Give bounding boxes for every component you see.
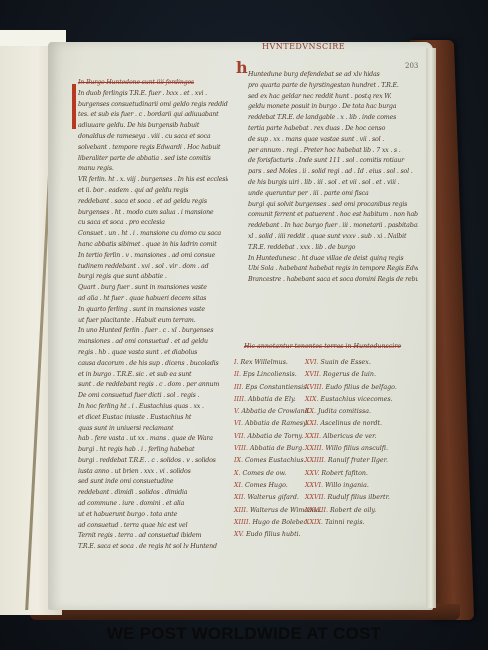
left-text-column: In Burgo Huntedone sunt iiii ferdinges I… bbox=[78, 78, 228, 553]
landholder-name: Ranulf frater Ilger. bbox=[328, 457, 388, 464]
manuscript-line: In quarto ferling . sunt in mansiones va… bbox=[78, 305, 228, 316]
manuscript-line: quas sunt in uniuersi reclamant bbox=[78, 424, 228, 435]
landholder-name: Abbatia de Crowland. bbox=[241, 408, 310, 415]
manuscript-line: liberaliter parte de abbatia . sed iste … bbox=[78, 154, 228, 165]
right-text-column: Huntedune burg defendebat se ad xlv hida… bbox=[238, 70, 418, 286]
manuscript-line: regis . hb . quae vasta sunt . et diabol… bbox=[78, 348, 228, 359]
manuscript-line: tertia parte habebat . rex duas . De hoc… bbox=[248, 124, 418, 135]
manuscript-line: burgi . reddebat T.R.E. . c . solidos . … bbox=[78, 456, 228, 467]
manuscript-line: sunt . de reddebant regis . c . dom . pe… bbox=[78, 380, 228, 391]
landholder-number: XXII. bbox=[305, 433, 321, 440]
manuscript-line: causa dacorum . de his sup . dicens . bu… bbox=[78, 359, 228, 370]
manuscript-line: de his burgis uiri . lib . iii . sol . e… bbox=[248, 178, 418, 189]
manuscript-line: de forisfacturis . Inde sunt 111 . sol .… bbox=[248, 156, 418, 167]
manuscript-line: hab . fere vasta . ut xx . mans . quae d… bbox=[78, 434, 228, 445]
page-fore-edge bbox=[426, 48, 436, 608]
landholder-number: XVI. bbox=[305, 359, 319, 366]
landholder-item: XXIX.Tainni regis. bbox=[305, 517, 425, 529]
landholder-number: XXIIII. bbox=[305, 457, 326, 464]
landholder-number: XVII. bbox=[305, 371, 321, 378]
landholder-number: XXV. bbox=[305, 470, 319, 477]
rubric-initial-bar bbox=[72, 84, 76, 129]
landholder-number: XII. bbox=[234, 494, 245, 501]
landholder-name: Comes Eustachius. bbox=[245, 457, 306, 464]
landholder-number: XIII. bbox=[234, 507, 248, 514]
landholder-number: XXVII. bbox=[305, 494, 326, 501]
landholder-number: VI. bbox=[234, 420, 243, 427]
manuscript-line: et dicet Eustac iniuste . Eustachius ht bbox=[78, 413, 228, 424]
manuscript-line: ad commune . iure . domini . et alia bbox=[78, 499, 228, 510]
page-heading: HVNTEDVNSCIRE bbox=[262, 42, 345, 51]
manuscript-line: mansiones . ad omi consuetud . et ad gel… bbox=[78, 337, 228, 348]
manuscript-line: Consuet . un . ht . i . mansione cu domo… bbox=[78, 229, 228, 240]
landholder-number: VII. bbox=[234, 433, 246, 440]
manuscript-line: ad consuetud . terra quae hic est vel bbox=[78, 521, 228, 532]
manuscript-line: ad alia . ht fuer . quae habueri decem s… bbox=[78, 294, 228, 305]
manuscript-line: adiuuare geldu. De his burgensib habuit bbox=[78, 121, 228, 132]
manuscript-line: burgi . ht regis hab . i . ferling habeb… bbox=[78, 445, 228, 456]
landholder-number: IIII. bbox=[234, 396, 246, 403]
manuscript-line: solvebant . tempore regis Edwardi . Hoc … bbox=[78, 143, 228, 154]
landholder-item: XVI.Suain de Essex. bbox=[305, 357, 425, 369]
manuscript-line: burgi qui solvit burgenses . sed omi pro… bbox=[248, 200, 418, 211]
manuscript-line: burgenses . ht . modo cum salua . i mans… bbox=[78, 208, 228, 219]
landholder-item: XXVI.Willo ingania. bbox=[305, 480, 425, 492]
landholder-item: XXIII.Willo filius ansculfi. bbox=[305, 443, 425, 455]
manuscript-line: sed ex hac geldar nec reddit hunt . post… bbox=[248, 92, 418, 103]
landholder-name: Eustachius vicecomes. bbox=[320, 396, 392, 403]
manuscript-line: hanc abbatis sibimet . quae in his ladri… bbox=[78, 240, 228, 251]
landholder-name: Rudulf filius ilbertr. bbox=[328, 494, 390, 501]
manuscript-line: pars . sed Moles . ii . solid regi . ad … bbox=[248, 167, 418, 178]
manuscript-line: de sup . xx . mans quae vastae sunt . vi… bbox=[248, 135, 418, 146]
landholder-item: XXVII.Rudulf filius ilbertr. bbox=[305, 492, 425, 504]
manuscript-line: xl . solid . iiii reddit . quae sunt vxx… bbox=[248, 232, 418, 243]
manuscript-line: tes. et sub eis fuer . c . bordarii qui … bbox=[78, 110, 228, 121]
landholder-name: Abbatia de Burg. bbox=[250, 445, 304, 452]
landholder-name: Comes de ow. bbox=[243, 470, 287, 477]
right-column-lines: Huntedune burg defendebat se ad xlv hida… bbox=[238, 70, 418, 286]
landholder-name: Willo ingania. bbox=[325, 482, 369, 489]
landholder-number: III. bbox=[234, 384, 243, 391]
landholder-number: XV. bbox=[234, 531, 244, 538]
manuscript-line: donaldus de rameseya . viii . cu saca et… bbox=[78, 132, 228, 143]
manuscript-line: VR ferlin. ht . x. viij . burgenses . In… bbox=[78, 175, 228, 186]
manuscript-line: reddebant . saca et soca . et ad geldu r… bbox=[78, 197, 228, 208]
landholder-number: X. bbox=[234, 470, 241, 477]
manuscript-line: Ternit regis . terra . ad consuetud ibid… bbox=[78, 531, 228, 542]
manuscript-line: ut et habuerunt burgo . tota ante bbox=[78, 510, 228, 521]
landholder-name: Judita comitissa. bbox=[318, 408, 371, 415]
landholder-name: Robert de oily. bbox=[330, 507, 376, 514]
landholder-name: Rex Willelmus. bbox=[241, 359, 288, 366]
landholder-number: XXIII. bbox=[305, 445, 323, 452]
manuscript-line: unde queruntur per . iii . parte omi fis… bbox=[248, 189, 418, 200]
manuscript-line: In hoc ferling ht . i . Eustachius quas … bbox=[78, 402, 228, 413]
landholder-name: Eps Constantiensis. bbox=[245, 384, 308, 391]
manuscript-line: In duob ferlingis T.R.E. fuer . lxxx . e… bbox=[78, 89, 228, 100]
left-column-lines: In duob ferlingis T.R.E. fuer . lxxx . e… bbox=[78, 89, 228, 553]
manuscript-line: comunit ferrent et patuerent . hoc est h… bbox=[248, 210, 418, 221]
landholder-item: XV.Eudo filius hubti. bbox=[234, 529, 334, 541]
landholder-item: XXII.Albericus de ver. bbox=[305, 431, 425, 443]
landholder-name: Abbatia de Torny. bbox=[248, 433, 304, 440]
manuscript-line: reddebant . dimidi . solidos . dimidia bbox=[78, 488, 228, 499]
landholder-number: XXIX. bbox=[305, 519, 323, 526]
landholder-name: Eudo filius de belfago. bbox=[326, 384, 397, 391]
manuscript-line: T.R.E. reddebat . xxx . lib . de burgo bbox=[248, 243, 418, 254]
manuscript-line: Quart . burg fuer . sunt in mansiones va… bbox=[78, 283, 228, 294]
landholder-name: Comes Hugo. bbox=[245, 482, 288, 489]
landholder-number: XXVI. bbox=[305, 482, 323, 489]
landholder-item: XIX.Eustachius vicecomes. bbox=[305, 394, 425, 406]
manuscript-line: iusta anno . ut brien . xxx . vi . solid… bbox=[78, 467, 228, 478]
landholder-name: Eps Lincoliensis. bbox=[243, 371, 297, 378]
caption-text: WE POST WORLDWIDE AT COST bbox=[0, 624, 488, 644]
landholder-number: XXI. bbox=[305, 420, 318, 427]
landholder-item: XVIII.Eudo filius de belfago. bbox=[305, 382, 425, 394]
manuscript-line: et in burgo . T.R.E. sic . et sub ea sun… bbox=[78, 370, 228, 381]
landholder-item: XXIIII.Ranulf frater Ilger. bbox=[305, 455, 425, 467]
manuscript-line: sed sunt inde omi consuetudine bbox=[78, 477, 228, 488]
manuscript-line: reddebat T.R.E. de landgable . x . lib .… bbox=[248, 113, 418, 124]
landholder-name: Ascelinus de nordt. bbox=[320, 420, 382, 427]
manuscript-line: geldu monete posuit in burgo . De tota h… bbox=[248, 102, 418, 113]
landholder-name: Hugo de Bolebec. bbox=[252, 519, 309, 526]
landholder-number: XX. bbox=[305, 408, 316, 415]
manuscript-line: T.R.E. saca et soca . de regis ht sol lv… bbox=[78, 542, 228, 553]
manuscript-line: Brancestre . habebant saca et soca domin… bbox=[248, 275, 418, 286]
manuscript-line: burgenses consuetudinarii omi geldo regi… bbox=[78, 100, 228, 111]
manuscript-line: Huntedune burg defendebat se ad xlv hida… bbox=[248, 70, 418, 81]
manuscript-line: pro quarta parte de hyrstingestan hundre… bbox=[248, 81, 418, 92]
manuscript-line: De omi consuetud fuer dicti . sol . regi… bbox=[78, 391, 228, 402]
manuscript-line: et ii. bor . eadem . qui ad geldu regis bbox=[78, 186, 228, 197]
landholder-number: XI. bbox=[234, 482, 243, 489]
landholder-name: Tainni regis. bbox=[325, 519, 365, 526]
manuscript-line: per annum . regi . Preter hoc habebat li… bbox=[248, 146, 418, 157]
landholder-name: Rogerus de Iuin. bbox=[323, 371, 376, 378]
landholder-name: Abbatia de Ely. bbox=[248, 396, 296, 403]
landholder-name: Eudo filius hubti. bbox=[246, 531, 301, 538]
left-column-rubric: In Burgo Huntedone sunt iiii ferdinges bbox=[78, 78, 228, 89]
landholder-name: Walterus gifard. bbox=[247, 494, 298, 501]
manuscript-line: burgi regis que sunt abbatie . bbox=[78, 272, 228, 283]
landholders-heading: Hic annotantur tenentes terras in Hunted… bbox=[244, 343, 401, 350]
landholder-name: Robert fafiton. bbox=[321, 470, 368, 477]
manuscript-line: In Huntedunesc . ht duae villae de deist… bbox=[248, 254, 418, 265]
landholder-name: Albericus de ver. bbox=[323, 433, 377, 440]
manuscript-line: cu saca et soca . pro ecclesia bbox=[78, 218, 228, 229]
manuscript-line: ut fuer placitante . Habuit eum terram. bbox=[78, 316, 228, 327]
landholder-number: VIII. bbox=[234, 445, 248, 452]
landholder-number: IX. bbox=[234, 457, 243, 464]
landholder-number: XIIII. bbox=[234, 519, 250, 526]
folio-number: 203 bbox=[405, 62, 418, 70]
landholder-name: Suain de Essex. bbox=[321, 359, 371, 366]
landholder-number: I. bbox=[234, 359, 239, 366]
landholder-item: XXI.Ascelinus de nordt. bbox=[305, 418, 425, 430]
landholder-item: XX.Judita comitissa. bbox=[305, 406, 425, 418]
landholder-item: XXVIII.Robert de oily. bbox=[305, 505, 425, 517]
landholder-item: XVII.Rogerus de Iuin. bbox=[305, 369, 425, 381]
manuscript-line: reddebant . In hac burgo fuer . iii . mo… bbox=[248, 221, 418, 232]
manuscript-line: manu regis. bbox=[78, 164, 228, 175]
landholder-number: XIX. bbox=[305, 396, 318, 403]
landholder-item: XXV.Robert fafiton. bbox=[305, 468, 425, 480]
manuscript-line: Ubi Sola . habebant habebat regis in tem… bbox=[248, 264, 418, 275]
landholder-number: V. bbox=[234, 408, 239, 415]
manuscript-line: tudinem reddebant . xvi . sol . vir . do… bbox=[78, 262, 228, 273]
landholder-name: Willo filius ansculfi. bbox=[325, 445, 388, 452]
manuscript-line: In uno Hunted ferlin . fuer . c . xl . b… bbox=[78, 326, 228, 337]
landholder-number: II. bbox=[234, 371, 241, 378]
landholder-name: Abbatia de Ramesy. bbox=[245, 420, 308, 427]
landholder-number: XXVIII. bbox=[305, 507, 328, 514]
landholders-list-right: XVI.Suain de Essex.XVII.Rogerus de Iuin.… bbox=[305, 357, 425, 529]
manuscript-line: In tertio ferlin . v . mansiones . ad om… bbox=[78, 251, 228, 262]
landholder-number: XVIII. bbox=[305, 384, 324, 391]
